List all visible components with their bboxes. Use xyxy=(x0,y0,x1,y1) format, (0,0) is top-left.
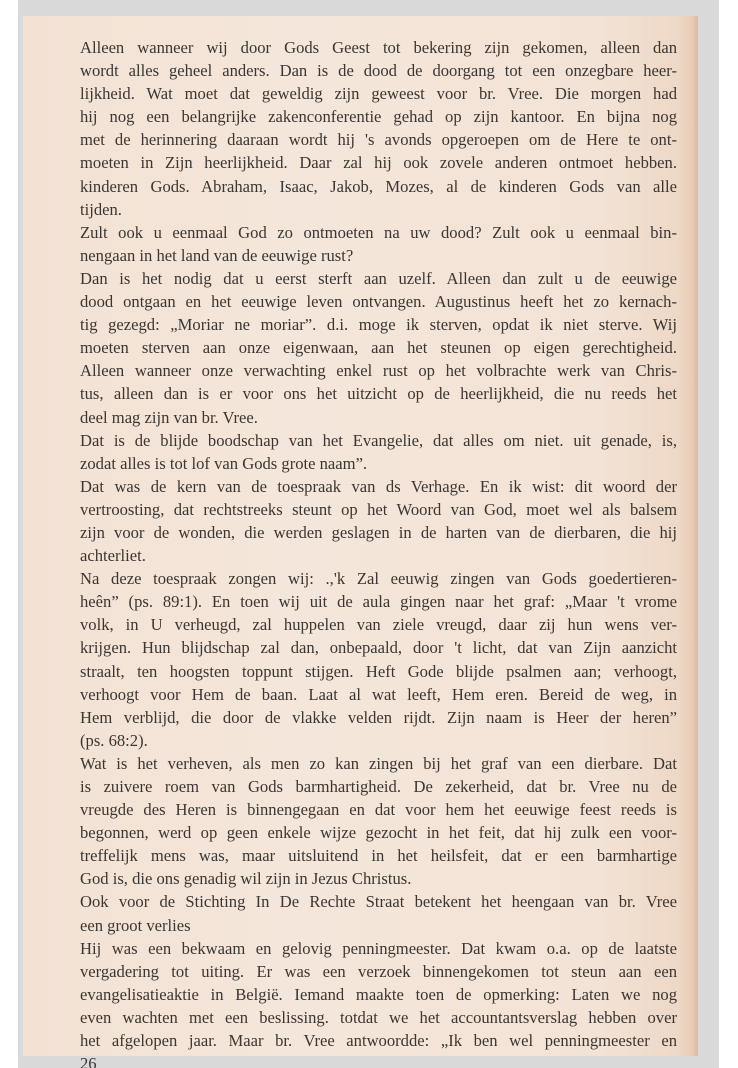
text-line: even wachten met een beslissing. totdat … xyxy=(80,1006,677,1029)
text-line: krijgen. Hun blijdschap zal dan, onbepaa… xyxy=(80,636,677,659)
text-line: evangelisatieaktie in België. Iemand maa… xyxy=(80,983,677,1006)
text-line: heên” (ps. 89:1). En toen wij uit de aul… xyxy=(80,590,677,613)
text-line: is zuivere roem van Gods barmhartigheid.… xyxy=(80,775,677,798)
text-line: met de herinnering daaraan wordt hij 's … xyxy=(80,128,677,151)
text-line: Hem verblijd, die door de vlakke velden … xyxy=(80,706,677,729)
text-line: moeten in Zijn heerlijkheid. Daar zal hi… xyxy=(80,151,677,174)
text-line: volk, in U verheugd, zal huppelen van zi… xyxy=(80,613,677,636)
text-line: tus, alleen dan is er voor ons het uitzi… xyxy=(80,382,677,405)
body-text: Alleen wanneer wij door Gods Geest tot b… xyxy=(80,36,677,1068)
text-line: treffelijk mens was, maar uitsluitend in… xyxy=(80,844,677,867)
text-line: moeten sterven aan onze eigenwaan, aan h… xyxy=(80,336,677,359)
text-line: achterliet. xyxy=(80,544,677,567)
book-page: Alleen wanneer wij door Gods Geest tot b… xyxy=(23,16,698,1056)
text-line: Alleen wanneer wij door Gods Geest tot b… xyxy=(80,36,677,59)
text-line: vergadering tot uiting. Er was een verzo… xyxy=(80,960,677,983)
paragraph: Na deze toespraak zongen wij: .,'k Zal e… xyxy=(80,567,677,752)
text-line: kinderen Gods. Abraham, Isaac, Jakob, Mo… xyxy=(80,175,677,198)
paragraph: Ook voor de Stichting In De Rechte Straa… xyxy=(80,890,677,936)
paragraph: Dat was de kern van de toespraak van ds … xyxy=(80,475,677,567)
text-line: God is, die ons genadig wil zijn in Jezu… xyxy=(80,867,677,890)
paragraph: Hij was een bekwaam en gelovig penningme… xyxy=(80,937,677,1052)
text-line: Ook voor de Stichting In De Rechte Straa… xyxy=(80,890,677,913)
text-line: een groot verlies xyxy=(80,914,677,937)
paragraph: Alleen wanneer wij door Gods Geest tot b… xyxy=(80,36,677,221)
text-line: zodat alles is tot lof van Gods grote na… xyxy=(80,452,677,475)
paragraph: Dan is het nodig dat u eerst sterft aan … xyxy=(80,267,677,429)
text-line: Hij was een bekwaam en gelovig penningme… xyxy=(80,937,677,960)
text-line: Dat was de kern van de toespraak van ds … xyxy=(80,475,677,498)
text-line: tijden. xyxy=(80,198,677,221)
text-line: verhoogt voor Hem de baan. Laat al wat l… xyxy=(80,683,677,706)
paragraph: Zult ook u eenmaal God zo ontmoeten na u… xyxy=(80,221,677,267)
text-line: Wat is het verheven, als men zo kan zing… xyxy=(80,752,677,775)
text-line: het afgelopen jaar. Maar br. Vree antwoo… xyxy=(80,1029,677,1052)
text-line: Na deze toespraak zongen wij: .,'k Zal e… xyxy=(80,567,677,590)
text-line: vreugde des Heren is binnengegaan en dat… xyxy=(80,798,677,821)
text-line: straalt, ten hoogsten toppunt stijgen. H… xyxy=(80,660,677,683)
text-line: deel mag zijn van br. Vree. xyxy=(80,406,677,429)
paragraph: Wat is het verheven, als men zo kan zing… xyxy=(80,752,677,891)
text-line: Dan is het nodig dat u eerst sterft aan … xyxy=(80,267,677,290)
text-line: Alleen wanneer onze verwachting enkel ru… xyxy=(80,359,677,382)
text-line: nengaan in het land van de eeuwige rust? xyxy=(80,244,677,267)
text-line: lijkheid. Wat moet dat geweldig zijn gew… xyxy=(80,82,677,105)
text-line: zijn voor de wonden, die werden geslagen… xyxy=(80,521,677,544)
paragraph: Dat is de blijde boodschap van het Evang… xyxy=(80,429,677,475)
text-line: (ps. 68:2). xyxy=(80,729,677,752)
page-number: 26 xyxy=(80,1052,677,1068)
text-line: dood ontgaan en het eeuwige leven ontvan… xyxy=(80,290,677,313)
text-line: tig gezegd: „Moriar ne moriar”. d.i. mog… xyxy=(80,313,677,336)
text-line: wordt alles geheel anders. Dan is de doo… xyxy=(80,59,677,82)
text-line: Zult ook u eenmaal God zo ontmoeten na u… xyxy=(80,221,677,244)
text-line: begonnen, werd op geen enkele wijze gezo… xyxy=(80,821,677,844)
text-line: vertroosting, dat rechtstreeks steunt op… xyxy=(80,498,677,521)
text-line: Dat is de blijde boodschap van het Evang… xyxy=(80,429,677,452)
text-line: hij nog een belangrijke zakenconferentie… xyxy=(80,105,677,128)
